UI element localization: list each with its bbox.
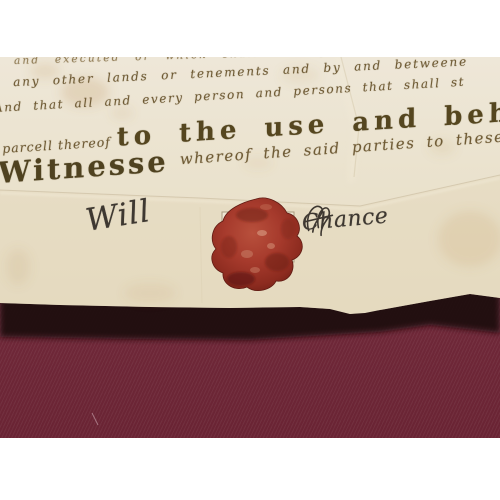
photo-frame: and executed or which shall at any time … [0,0,500,500]
letterbox-bottom [0,438,500,500]
cloth-thread [92,413,98,425]
signature-flourish [301,198,336,241]
letterbox-top [0,0,500,57]
photograph: and executed or which shall at any time … [0,57,500,438]
